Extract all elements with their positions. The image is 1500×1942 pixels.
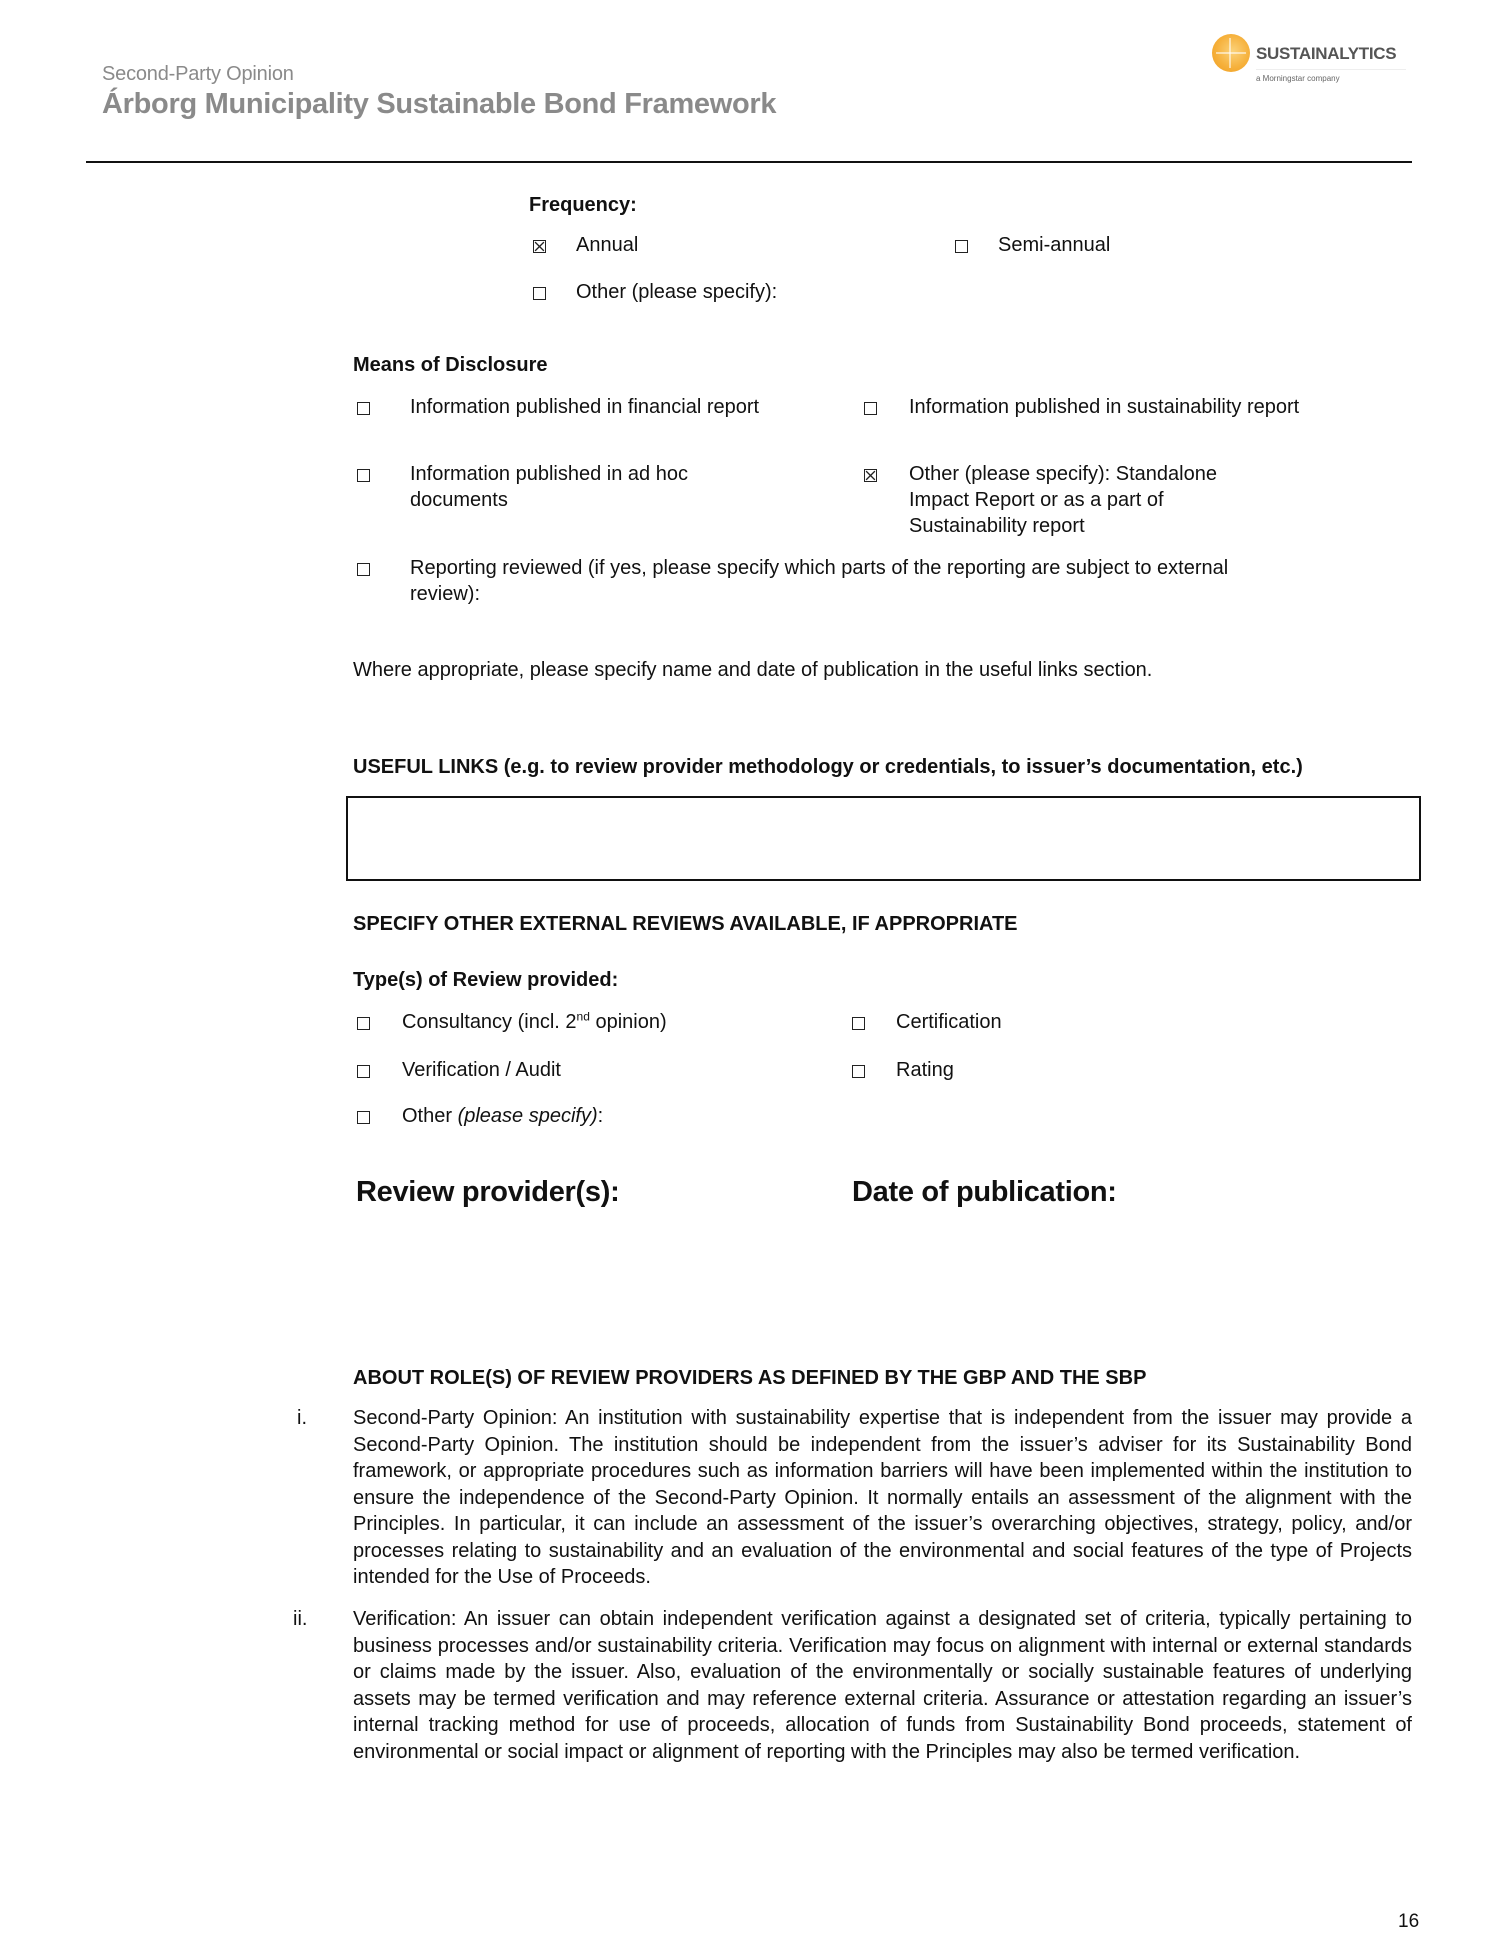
option-frequency-other: Other (please specify):	[576, 279, 777, 305]
about-item-second-party-opinion: Second-Party Opinion: An institution wit…	[353, 1405, 1412, 1591]
logo-divider	[1256, 69, 1406, 70]
option-reporting-reviewed: Reporting reviewed (if yes, please speci…	[410, 555, 1290, 607]
sustainalytics-logo: SUSTAINALYTICS a Morningstar company	[1212, 32, 1412, 92]
checked-x-icon	[534, 241, 545, 252]
logo-tagline: a Morningstar company	[1256, 74, 1340, 83]
disclosure-note: Where appropriate, please specify name a…	[353, 657, 1152, 683]
option-consultancy-text-end: opinion)	[590, 1011, 667, 1033]
other-reviews-heading: SPECIFY OTHER EXTERNAL REVIEWS AVAILABLE…	[353, 911, 1018, 937]
document-title: Árborg Municipality Sustainable Bond Fra…	[102, 88, 776, 121]
page-number: 16	[1398, 1911, 1419, 1933]
option-consultancy-text: Consultancy (incl. 2	[402, 1011, 577, 1033]
disclosure-label: Means of Disclosure	[353, 352, 548, 378]
list-marker-ii: ii.	[293, 1606, 307, 1633]
option-consultancy-sup: nd	[577, 1009, 590, 1023]
checkbox-verification-audit[interactable]	[357, 1065, 370, 1078]
checkbox-semi-annual[interactable]	[955, 240, 968, 253]
header-divider	[86, 161, 1412, 163]
checkbox-rating[interactable]	[852, 1065, 865, 1078]
option-review-other-colon: :	[598, 1105, 604, 1127]
date-of-publication-label: Date of publication:	[852, 1176, 1117, 1209]
option-semi-annual: Semi-annual	[998, 232, 1110, 258]
list-marker-i: i.	[297, 1405, 307, 1432]
checkbox-certification[interactable]	[852, 1017, 865, 1030]
useful-links-heading: USEFUL LINKS (e.g. to review provider me…	[353, 754, 1303, 780]
about-roles-heading: ABOUT ROLE(S) OF REVIEW PROVIDERS AS DEF…	[353, 1365, 1146, 1391]
checkbox-frequency-other[interactable]	[533, 287, 546, 300]
review-provider-label: Review provider(s):	[356, 1176, 619, 1209]
checkbox-financial-report[interactable]	[357, 402, 370, 415]
checkbox-review-other[interactable]	[357, 1111, 370, 1124]
option-sustainability-report: Information published in sustainability …	[909, 394, 1309, 420]
checkbox-ad-hoc-documents[interactable]	[357, 469, 370, 482]
option-review-other-text: Other	[402, 1105, 458, 1127]
option-verification-audit: Verification / Audit	[402, 1057, 561, 1083]
option-review-other: Other (please specify):	[402, 1103, 603, 1129]
option-review-other-italic: (please specify)	[458, 1105, 598, 1127]
option-annual: Annual	[576, 232, 638, 258]
document-subtitle: Second-Party Opinion	[102, 63, 294, 86]
checkbox-reporting-reviewed[interactable]	[357, 563, 370, 576]
sustainalytics-logo-icon	[1212, 34, 1250, 72]
checkbox-annual[interactable]	[533, 240, 546, 253]
option-disclosure-other: Other (please specify): Standalone Impac…	[909, 461, 1279, 539]
option-certification: Certification	[896, 1009, 1002, 1035]
review-types-label: Type(s) of Review provided:	[353, 967, 618, 993]
logo-name: SUSTAINALYTICS	[1256, 44, 1396, 64]
checked-x-icon	[865, 470, 876, 481]
option-ad-hoc-documents: Information published in ad hoc document…	[410, 461, 770, 513]
about-item-verification: Verification: An issuer can obtain indep…	[353, 1606, 1412, 1765]
option-consultancy: Consultancy (incl. 2nd opinion)	[402, 1009, 667, 1035]
option-rating: Rating	[896, 1057, 954, 1083]
checkbox-sustainability-report[interactable]	[864, 402, 877, 415]
useful-links-field[interactable]	[346, 796, 1421, 881]
frequency-label: Frequency:	[529, 192, 637, 218]
checkbox-consultancy[interactable]	[357, 1017, 370, 1030]
checkbox-disclosure-other[interactable]	[864, 469, 877, 482]
option-financial-report: Information published in financial repor…	[410, 394, 830, 420]
